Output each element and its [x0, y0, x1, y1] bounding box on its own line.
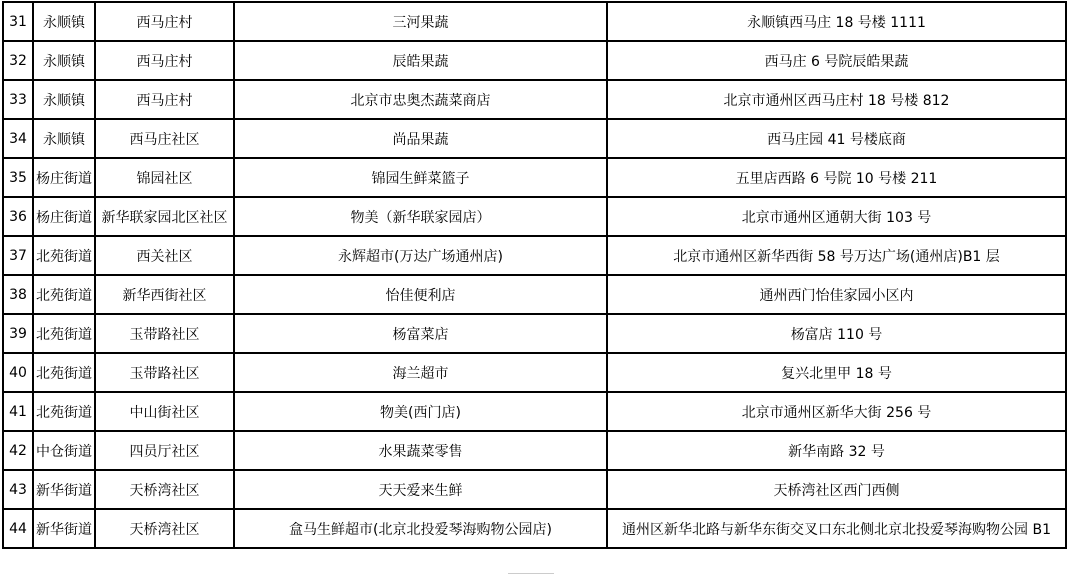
address-cell: 新华南路 32 号 — [607, 431, 1066, 470]
address-cell: 天桥湾社区西门西侧 — [607, 470, 1066, 509]
community-cell: 玉带路社区 — [95, 314, 234, 353]
town-cell: 杨庄街道 — [33, 158, 95, 197]
town-cell: 北苑街道 — [33, 353, 95, 392]
table-body: 31永顺镇西马庄村三河果蔬永顺镇西马庄 18 号楼 111132永顺镇西马庄村辰… — [3, 2, 1066, 548]
address-cell: 北京市通州区通朝大街 103 号 — [607, 197, 1066, 236]
store-name-cell: 怡佳便利店 — [234, 275, 607, 314]
store-name-cell: 永辉超市(万达广场通州店) — [234, 236, 607, 275]
table-row: 38北苑街道新华西街社区怡佳便利店通州西门怡佳家园小区内 — [3, 275, 1066, 314]
store-name-cell: 尚品果蔬 — [234, 119, 607, 158]
row-number-cell: 37 — [3, 236, 33, 275]
address-cell: 杨富店 110 号 — [607, 314, 1066, 353]
address-cell: 北京市通州区新华西街 58 号万达广场(通州店)B1 层 — [607, 236, 1066, 275]
store-name-cell: 三河果蔬 — [234, 2, 607, 41]
community-cell: 中山街社区 — [95, 392, 234, 431]
community-cell: 新华联家园北区社区 — [95, 197, 234, 236]
store-name-cell: 辰皓果蔬 — [234, 41, 607, 80]
table-row: 41北苑街道中山街社区物美(西门店)北京市通州区新华大街 256 号 — [3, 392, 1066, 431]
table-row: 42中仓街道四员厅社区水果蔬菜零售新华南路 32 号 — [3, 431, 1066, 470]
address-cell: 永顺镇西马庄 18 号楼 1111 — [607, 2, 1066, 41]
address-cell: 西马庄 6 号院辰皓果蔬 — [607, 41, 1066, 80]
row-number-cell: 42 — [3, 431, 33, 470]
store-name-cell: 天天爱来生鲜 — [234, 470, 607, 509]
store-name-cell: 物美(西门店) — [234, 392, 607, 431]
address-cell: 复兴北里甲 18 号 — [607, 353, 1066, 392]
store-name-cell: 水果蔬菜零售 — [234, 431, 607, 470]
table-row: 39北苑街道玉带路社区杨富菜店杨富店 110 号 — [3, 314, 1066, 353]
row-number-cell: 39 — [3, 314, 33, 353]
town-cell: 北苑街道 — [33, 314, 95, 353]
store-name-cell: 北京市忠奥杰蔬菜商店 — [234, 80, 607, 119]
town-cell: 北苑街道 — [33, 275, 95, 314]
row-number-cell: 38 — [3, 275, 33, 314]
address-cell: 西马庄园 41 号楼底商 — [607, 119, 1066, 158]
address-cell: 五里店西路 6 号院 10 号楼 211 — [607, 158, 1066, 197]
row-number-cell: 35 — [3, 158, 33, 197]
table-row: 44新华街道天桥湾社区盒马生鲜超市(北京北投爱琴海购物公园店)通州区新华北路与新… — [3, 509, 1066, 548]
table-row: 33永顺镇西马庄村北京市忠奥杰蔬菜商店北京市通州区西马庄村 18 号楼 812 — [3, 80, 1066, 119]
town-cell: 新华街道 — [33, 470, 95, 509]
community-cell: 四员厅社区 — [95, 431, 234, 470]
row-number-cell: 31 — [3, 2, 33, 41]
address-cell: 通州西门怡佳家园小区内 — [607, 275, 1066, 314]
table-row: 35杨庄街道锦园社区锦园生鲜菜篮子五里店西路 6 号院 10 号楼 211 — [3, 158, 1066, 197]
town-cell: 北苑街道 — [33, 392, 95, 431]
community-cell: 西马庄村 — [95, 2, 234, 41]
town-cell: 永顺镇 — [33, 2, 95, 41]
store-name-cell: 海兰超市 — [234, 353, 607, 392]
table-row: 43新华街道天桥湾社区天天爱来生鲜天桥湾社区西门西侧 — [3, 470, 1066, 509]
row-number-cell: 34 — [3, 119, 33, 158]
store-name-cell: 物美（新华联家园店） — [234, 197, 607, 236]
community-cell: 天桥湾社区 — [95, 509, 234, 548]
row-number-cell: 41 — [3, 392, 33, 431]
table-row: 31永顺镇西马庄村三河果蔬永顺镇西马庄 18 号楼 1111 — [3, 2, 1066, 41]
address-cell: 北京市通州区新华大街 256 号 — [607, 392, 1066, 431]
table-row: 36杨庄街道新华联家园北区社区物美（新华联家园店）北京市通州区通朝大街 103 … — [3, 197, 1066, 236]
table-row: 37北苑街道西关社区永辉超市(万达广场通州店)北京市通州区新华西街 58 号万达… — [3, 236, 1066, 275]
row-number-cell: 32 — [3, 41, 33, 80]
town-cell: 永顺镇 — [33, 119, 95, 158]
table-row: 32永顺镇西马庄村辰皓果蔬西马庄 6 号院辰皓果蔬 — [3, 41, 1066, 80]
table-row: 34永顺镇西马庄社区尚品果蔬西马庄园 41 号楼底商 — [3, 119, 1066, 158]
town-cell: 新华街道 — [33, 509, 95, 548]
table-row: 40北苑街道玉带路社区海兰超市复兴北里甲 18 号 — [3, 353, 1066, 392]
row-number-cell: 36 — [3, 197, 33, 236]
community-cell: 西关社区 — [95, 236, 234, 275]
community-cell: 西马庄社区 — [95, 119, 234, 158]
community-cell: 天桥湾社区 — [95, 470, 234, 509]
row-number-cell: 43 — [3, 470, 33, 509]
store-list-table: 31永顺镇西马庄村三河果蔬永顺镇西马庄 18 号楼 111132永顺镇西马庄村辰… — [2, 1, 1067, 549]
store-name-cell: 锦园生鲜菜篮子 — [234, 158, 607, 197]
town-cell: 永顺镇 — [33, 80, 95, 119]
town-cell: 杨庄街道 — [33, 197, 95, 236]
community-cell: 西马庄村 — [95, 41, 234, 80]
address-cell: 北京市通州区西马庄村 18 号楼 812 — [607, 80, 1066, 119]
store-name-cell: 杨富菜店 — [234, 314, 607, 353]
row-number-cell: 33 — [3, 80, 33, 119]
row-number-cell: 40 — [3, 353, 33, 392]
store-name-cell: 盒马生鲜超市(北京北投爱琴海购物公园店) — [234, 509, 607, 548]
row-number-cell: 44 — [3, 509, 33, 548]
community-cell: 玉带路社区 — [95, 353, 234, 392]
address-cell: 通州区新华北路与新华东街交叉口东北侧北京北投爱琴海购物公园 B1 — [607, 509, 1066, 548]
town-cell: 永顺镇 — [33, 41, 95, 80]
community-cell: 新华西街社区 — [95, 275, 234, 314]
community-cell: 锦园社区 — [95, 158, 234, 197]
town-cell: 北苑街道 — [33, 236, 95, 275]
town-cell: 中仓街道 — [33, 431, 95, 470]
community-cell: 西马庄村 — [95, 80, 234, 119]
